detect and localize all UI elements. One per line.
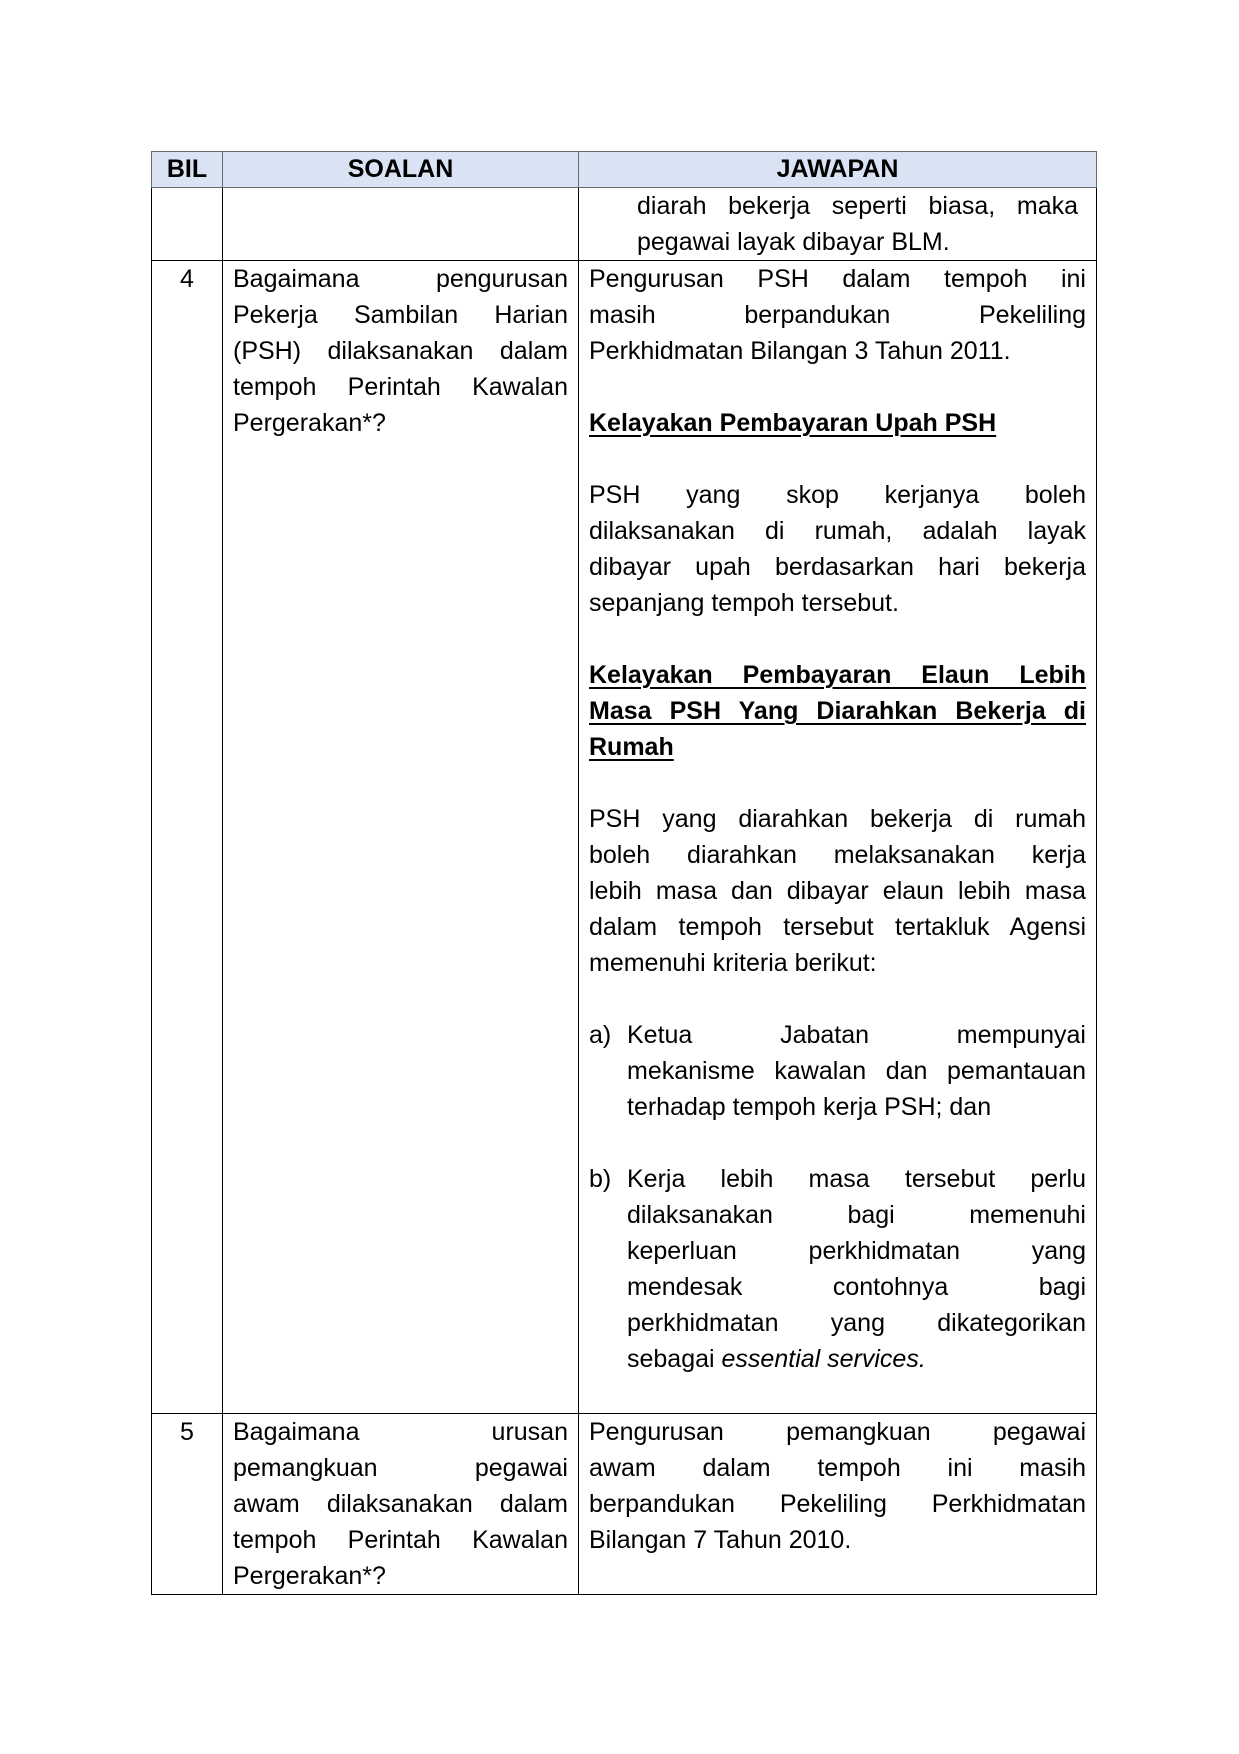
answer-line: berpandukan Pekeliling Perkhidmatan xyxy=(589,1486,1086,1522)
answer-line: Bilangan 7 Tahun 2010. xyxy=(589,1522,1086,1558)
question-line: (PSH) dilaksanakan dalam xyxy=(233,333,568,369)
heading-text: Kelayakan Pembayaran Elaun Lebih xyxy=(589,661,1086,689)
italic-term: essential services. xyxy=(722,1345,926,1373)
answer-line: dalam tempoh tersebut tertakluk Agensi xyxy=(589,909,1086,945)
answer-line: terhadap tempoh kerja PSH; dan xyxy=(627,1089,1086,1125)
question-line: Pergerakan*? xyxy=(233,1558,568,1594)
answer-line: dibayar upah berdasarkan hari bekerja xyxy=(589,549,1086,585)
answer-line: keperluan perkhidmatan yang xyxy=(627,1233,1086,1269)
question-line: tempoh Perintah Kawalan xyxy=(233,369,568,405)
answer-line: Perkhidmatan Bilangan 3 Tahun 2011. xyxy=(589,333,1086,369)
header-soalan: SOALAN xyxy=(223,152,579,188)
answer-line: dilaksanakan bagi memenuhi xyxy=(627,1197,1086,1233)
paragraph-upah: PSH yang skop kerjanya boleh dilaksanaka… xyxy=(589,477,1086,621)
question-line: tempoh Perintah Kawalan xyxy=(233,1522,568,1558)
cell-soalan: Bagaimana pengurusan Pekerja Sambilan Ha… xyxy=(223,261,579,1414)
answer-line: diarah bekerja seperti biasa, maka xyxy=(637,188,1078,224)
question-line: pemangkuan pegawai xyxy=(233,1450,568,1486)
answer-line: Pengurusan pemangkuan pegawai xyxy=(589,1414,1086,1450)
cell-bil: 4 xyxy=(152,261,223,1414)
answer-line: pegawai layak dibayar BLM. xyxy=(637,224,1078,260)
answer-line: mekanisme kawalan dan pemantauan xyxy=(627,1053,1086,1089)
heading-text: Kelayakan Pembayaran Upah PSH xyxy=(589,409,996,437)
criteria-item-b: b) Kerja lebih masa tersebut perlu dilak… xyxy=(589,1161,1086,1377)
header-jawapan: JAWAPAN xyxy=(579,152,1097,188)
answer-line: Ketua Jabatan mempunyai xyxy=(627,1017,1086,1053)
answer-line: boleh diarahkan melaksanakan kerja xyxy=(589,837,1086,873)
answer-line: sebagai essential services. xyxy=(627,1341,1086,1377)
answer-intro: Pengurusan PSH dalam tempoh ini masih be… xyxy=(589,261,1086,369)
answer-line: dilaksanakan di rumah, adalah layak xyxy=(589,513,1086,549)
table-row: 5 Bagaimana urusan pemangkuan pegawai aw… xyxy=(152,1414,1097,1595)
question-line: awam dilaksanakan dalam xyxy=(233,1486,568,1522)
answer-line: memenuhi kriteria berikut: xyxy=(589,945,1086,981)
table-row: 4 Bagaimana pengurusan Pekerja Sambilan … xyxy=(152,261,1097,1414)
cell-soalan xyxy=(223,188,579,261)
answer-line: Pengurusan PSH dalam tempoh ini xyxy=(589,261,1086,297)
question-line: Bagaimana urusan xyxy=(233,1414,568,1450)
cell-jawapan: Pengurusan pemangkuan pegawai awam dalam… xyxy=(579,1414,1097,1595)
question-line: Bagaimana pengurusan xyxy=(233,261,568,297)
table-header-row: BIL SOALAN JAWAPAN xyxy=(152,152,1097,188)
answer-line: Kerja lebih masa tersebut perlu xyxy=(627,1161,1086,1197)
answer-line: perkhidmatan yang dikategorikan xyxy=(627,1305,1086,1341)
section-heading-elaun: Kelayakan Pembayaran Elaun Lebih Masa PS… xyxy=(589,657,1086,765)
answer-line: masih berpandukan Pekeliling xyxy=(589,297,1086,333)
table-row-continuation: diarah bekerja seperti biasa, maka pegaw… xyxy=(152,188,1097,261)
cell-jawapan: Pengurusan PSH dalam tempoh ini masih be… xyxy=(579,261,1097,1414)
cell-bil xyxy=(152,188,223,261)
question-line: Pergerakan*? xyxy=(233,405,568,441)
document-page: BIL SOALAN JAWAPAN diarah bekerja sepert… xyxy=(151,151,1096,1595)
list-marker: b) xyxy=(589,1161,627,1377)
list-marker: a) xyxy=(589,1017,627,1125)
heading-text: Rumah xyxy=(589,733,674,761)
section-heading-upah: Kelayakan Pembayaran Upah PSH xyxy=(589,405,1086,441)
answer-line: PSH yang diarahkan bekerja di rumah xyxy=(589,801,1086,837)
paragraph-elaun: PSH yang diarahkan bekerja di rumah bole… xyxy=(589,801,1086,981)
answer-text: sebagai xyxy=(627,1345,722,1373)
question-line: Pekerja Sambilan Harian xyxy=(233,297,568,333)
header-bil: BIL xyxy=(152,152,223,188)
answer-line: lebih masa dan dibayar elaun lebih masa xyxy=(589,873,1086,909)
answer-line: awam dalam tempoh ini masih xyxy=(589,1450,1086,1486)
faq-table: BIL SOALAN JAWAPAN diarah bekerja sepert… xyxy=(151,151,1097,1595)
answer-line: mendesak contohnya bagi xyxy=(627,1269,1086,1305)
answer-line: PSH yang skop kerjanya boleh xyxy=(589,477,1086,513)
cell-jawapan: diarah bekerja seperti biasa, maka pegaw… xyxy=(579,188,1097,261)
cell-bil: 5 xyxy=(152,1414,223,1595)
criteria-item-a: a) Ketua Jabatan mempunyai mekanisme kaw… xyxy=(589,1017,1086,1125)
cell-soalan: Bagaimana urusan pemangkuan pegawai awam… xyxy=(223,1414,579,1595)
answer-line: sepanjang tempoh tersebut. xyxy=(589,585,1086,621)
heading-text: Masa PSH Yang Diarahkan Bekerja di xyxy=(589,697,1086,725)
